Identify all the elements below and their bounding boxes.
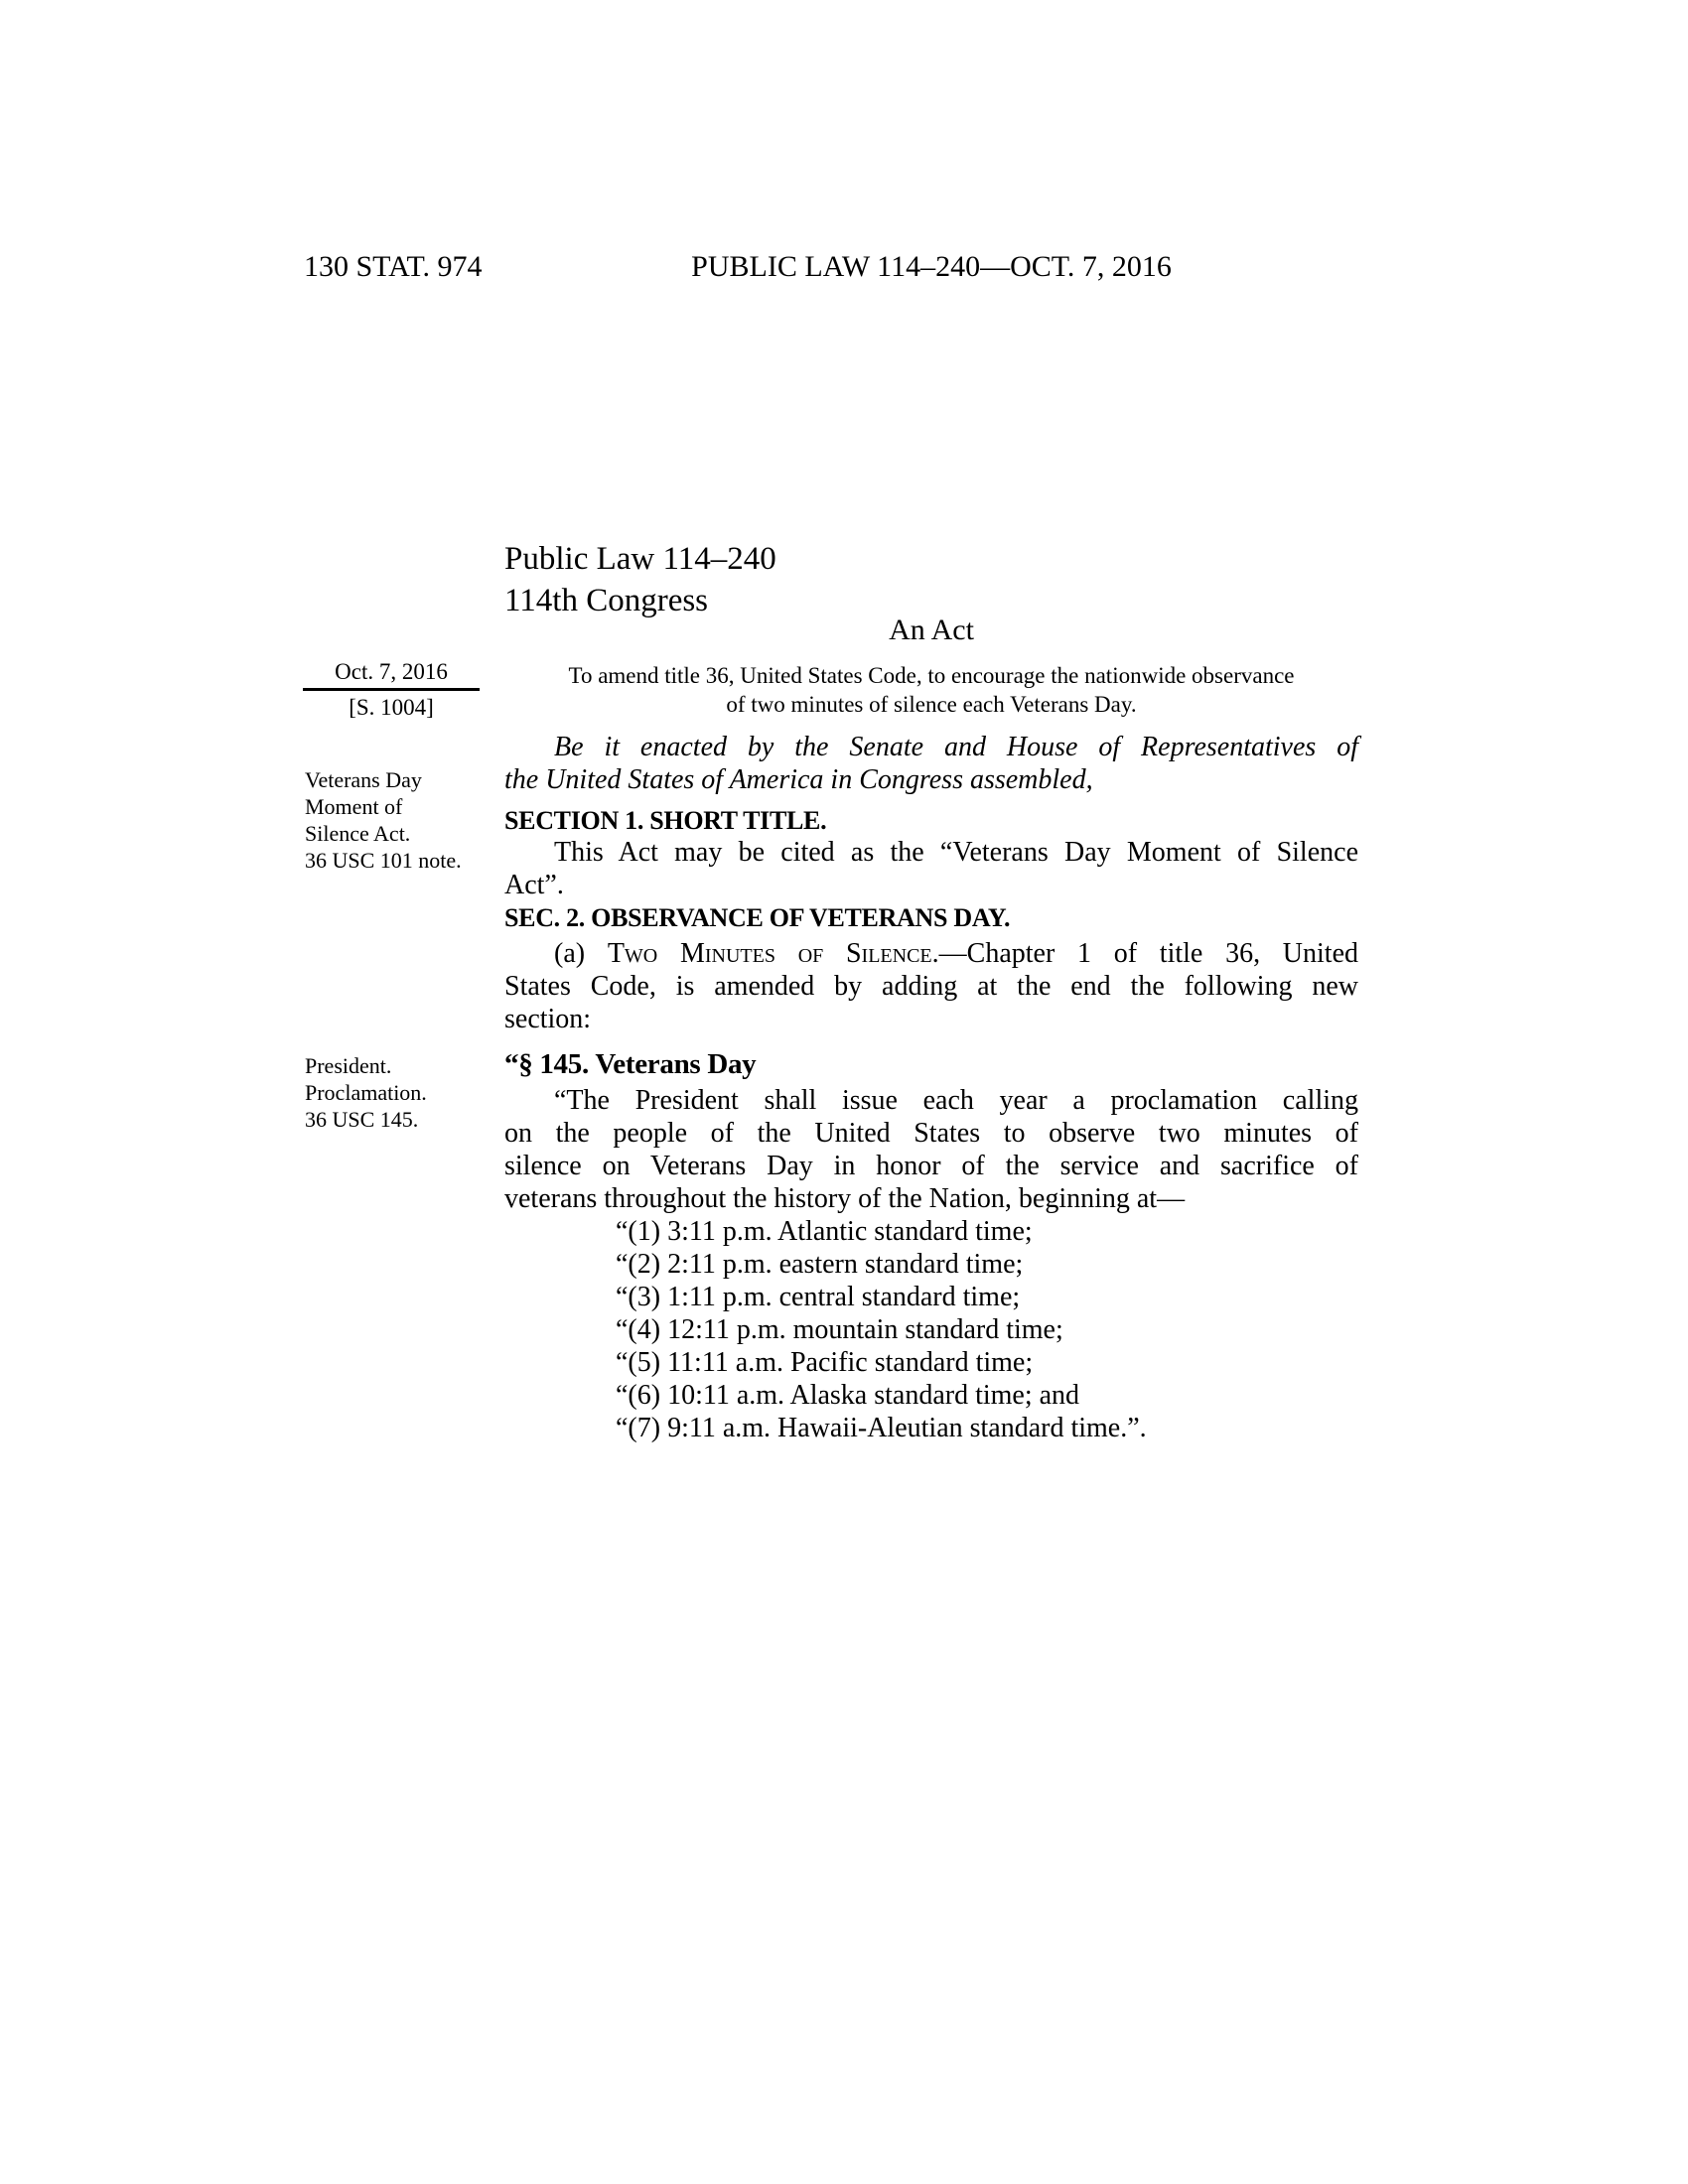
time-list-item: “(6) 10:11 a.m. Alaska standard time; an… [504,1379,1358,1412]
section2-para-line3: section: [504,1003,1358,1035]
margin-note-line: President. [305,1052,493,1079]
time-list-item: “(5) 11:11 a.m. Pacific standard time; [504,1346,1358,1379]
margin-note-line: 36 USC 101 note. [305,847,493,874]
enactment-date: Oct. 7, 2016 [303,658,480,685]
subsection-text: .—Chapter 1 of title 36, United [932,938,1358,969]
law-title: Public Law 114–240 114th Congress [504,538,776,621]
time-list-item: “(4) 12:11 p.m. mountain standard time; [504,1313,1358,1346]
section1-body: This Act may be cited as the “Veterans D… [504,836,1358,901]
section2-para-line1: (a) Two Minutes of Silence.—Chapter 1 of… [504,937,1358,970]
enacting-clause-line: the United States of America in Congress… [504,763,1358,796]
sec145-para-line: on the people of the United States to ob… [504,1117,1358,1150]
sec145-time-list: “(1) 3:11 p.m. Atlantic standard time; “… [504,1215,1358,1444]
preamble-line: of two minutes of silence each Veterans … [504,690,1358,719]
margin-note-short-title: Veterans Day Moment of Silence Act. 36 U… [305,766,493,874]
subsection-label: (a) [554,938,608,969]
law-title-line1: Public Law 114–240 [504,538,776,580]
section2-para-line2: States Code, is amended by adding at the… [504,970,1358,1003]
section1-body-line: This Act may be cited as the “Veterans D… [504,836,1358,869]
an-act-heading: An Act [504,614,1358,647]
sec145-para-line: veterans throughout the history of the N… [504,1182,1358,1215]
time-list-item: “(7) 9:11 a.m. Hawaii-Aleutian standard … [504,1412,1358,1444]
date-rule [303,688,480,691]
margin-date-block: Oct. 7, 2016 [S. 1004] [303,658,480,721]
bill-number: [S. 1004] [303,694,480,721]
time-list-item: “(2) 2:11 p.m. eastern standard time; [504,1248,1358,1281]
running-head-law: PUBLIC LAW 114–240—OCT. 7, 2016 [504,250,1358,284]
subsection-title-smallcaps: Two Minutes of Silence [608,938,932,969]
statute-page: 130 STAT. 974 PUBLIC LAW 114–240—OCT. 7,… [0,0,1688,2184]
margin-note-line: Moment of [305,793,493,820]
sec145-heading: “§ 145. Veterans Day [504,1048,1358,1081]
enacting-clause: Be it enacted by the Senate and House of… [504,731,1358,796]
enacting-clause-line: Be it enacted by the Senate and House of… [504,731,1358,763]
margin-note-line: 36 USC 145. [305,1106,493,1133]
time-list-item: “(1) 3:11 p.m. Atlantic standard time; [504,1215,1358,1248]
time-list-item: “(3) 1:11 p.m. central standard time; [504,1281,1358,1313]
preamble-line: To amend title 36, United States Code, t… [504,661,1358,690]
sec145-para-line: “The President shall issue each year a p… [504,1084,1358,1117]
margin-note-line: Proclamation. [305,1079,493,1106]
sec145-paragraph: “The President shall issue each year a p… [504,1084,1358,1215]
margin-note-proclamation: President. Proclamation. 36 USC 145. [305,1052,493,1133]
section1-heading: SECTION 1. SHORT TITLE. [504,804,1358,837]
margin-note-line: Silence Act. [305,820,493,847]
sec145-para-line: silence on Veterans Day in honor of the … [504,1150,1358,1182]
margin-note-line: Veterans Day [305,766,493,793]
section2-paragraph: (a) Two Minutes of Silence.—Chapter 1 of… [504,937,1358,1035]
section2-heading: SEC. 2. OBSERVANCE OF VETERANS DAY. [504,901,1358,934]
preamble: To amend title 36, United States Code, t… [504,661,1358,719]
stat-page-number: 130 STAT. 974 [304,250,483,284]
section1-body-line: Act”. [504,869,1358,901]
